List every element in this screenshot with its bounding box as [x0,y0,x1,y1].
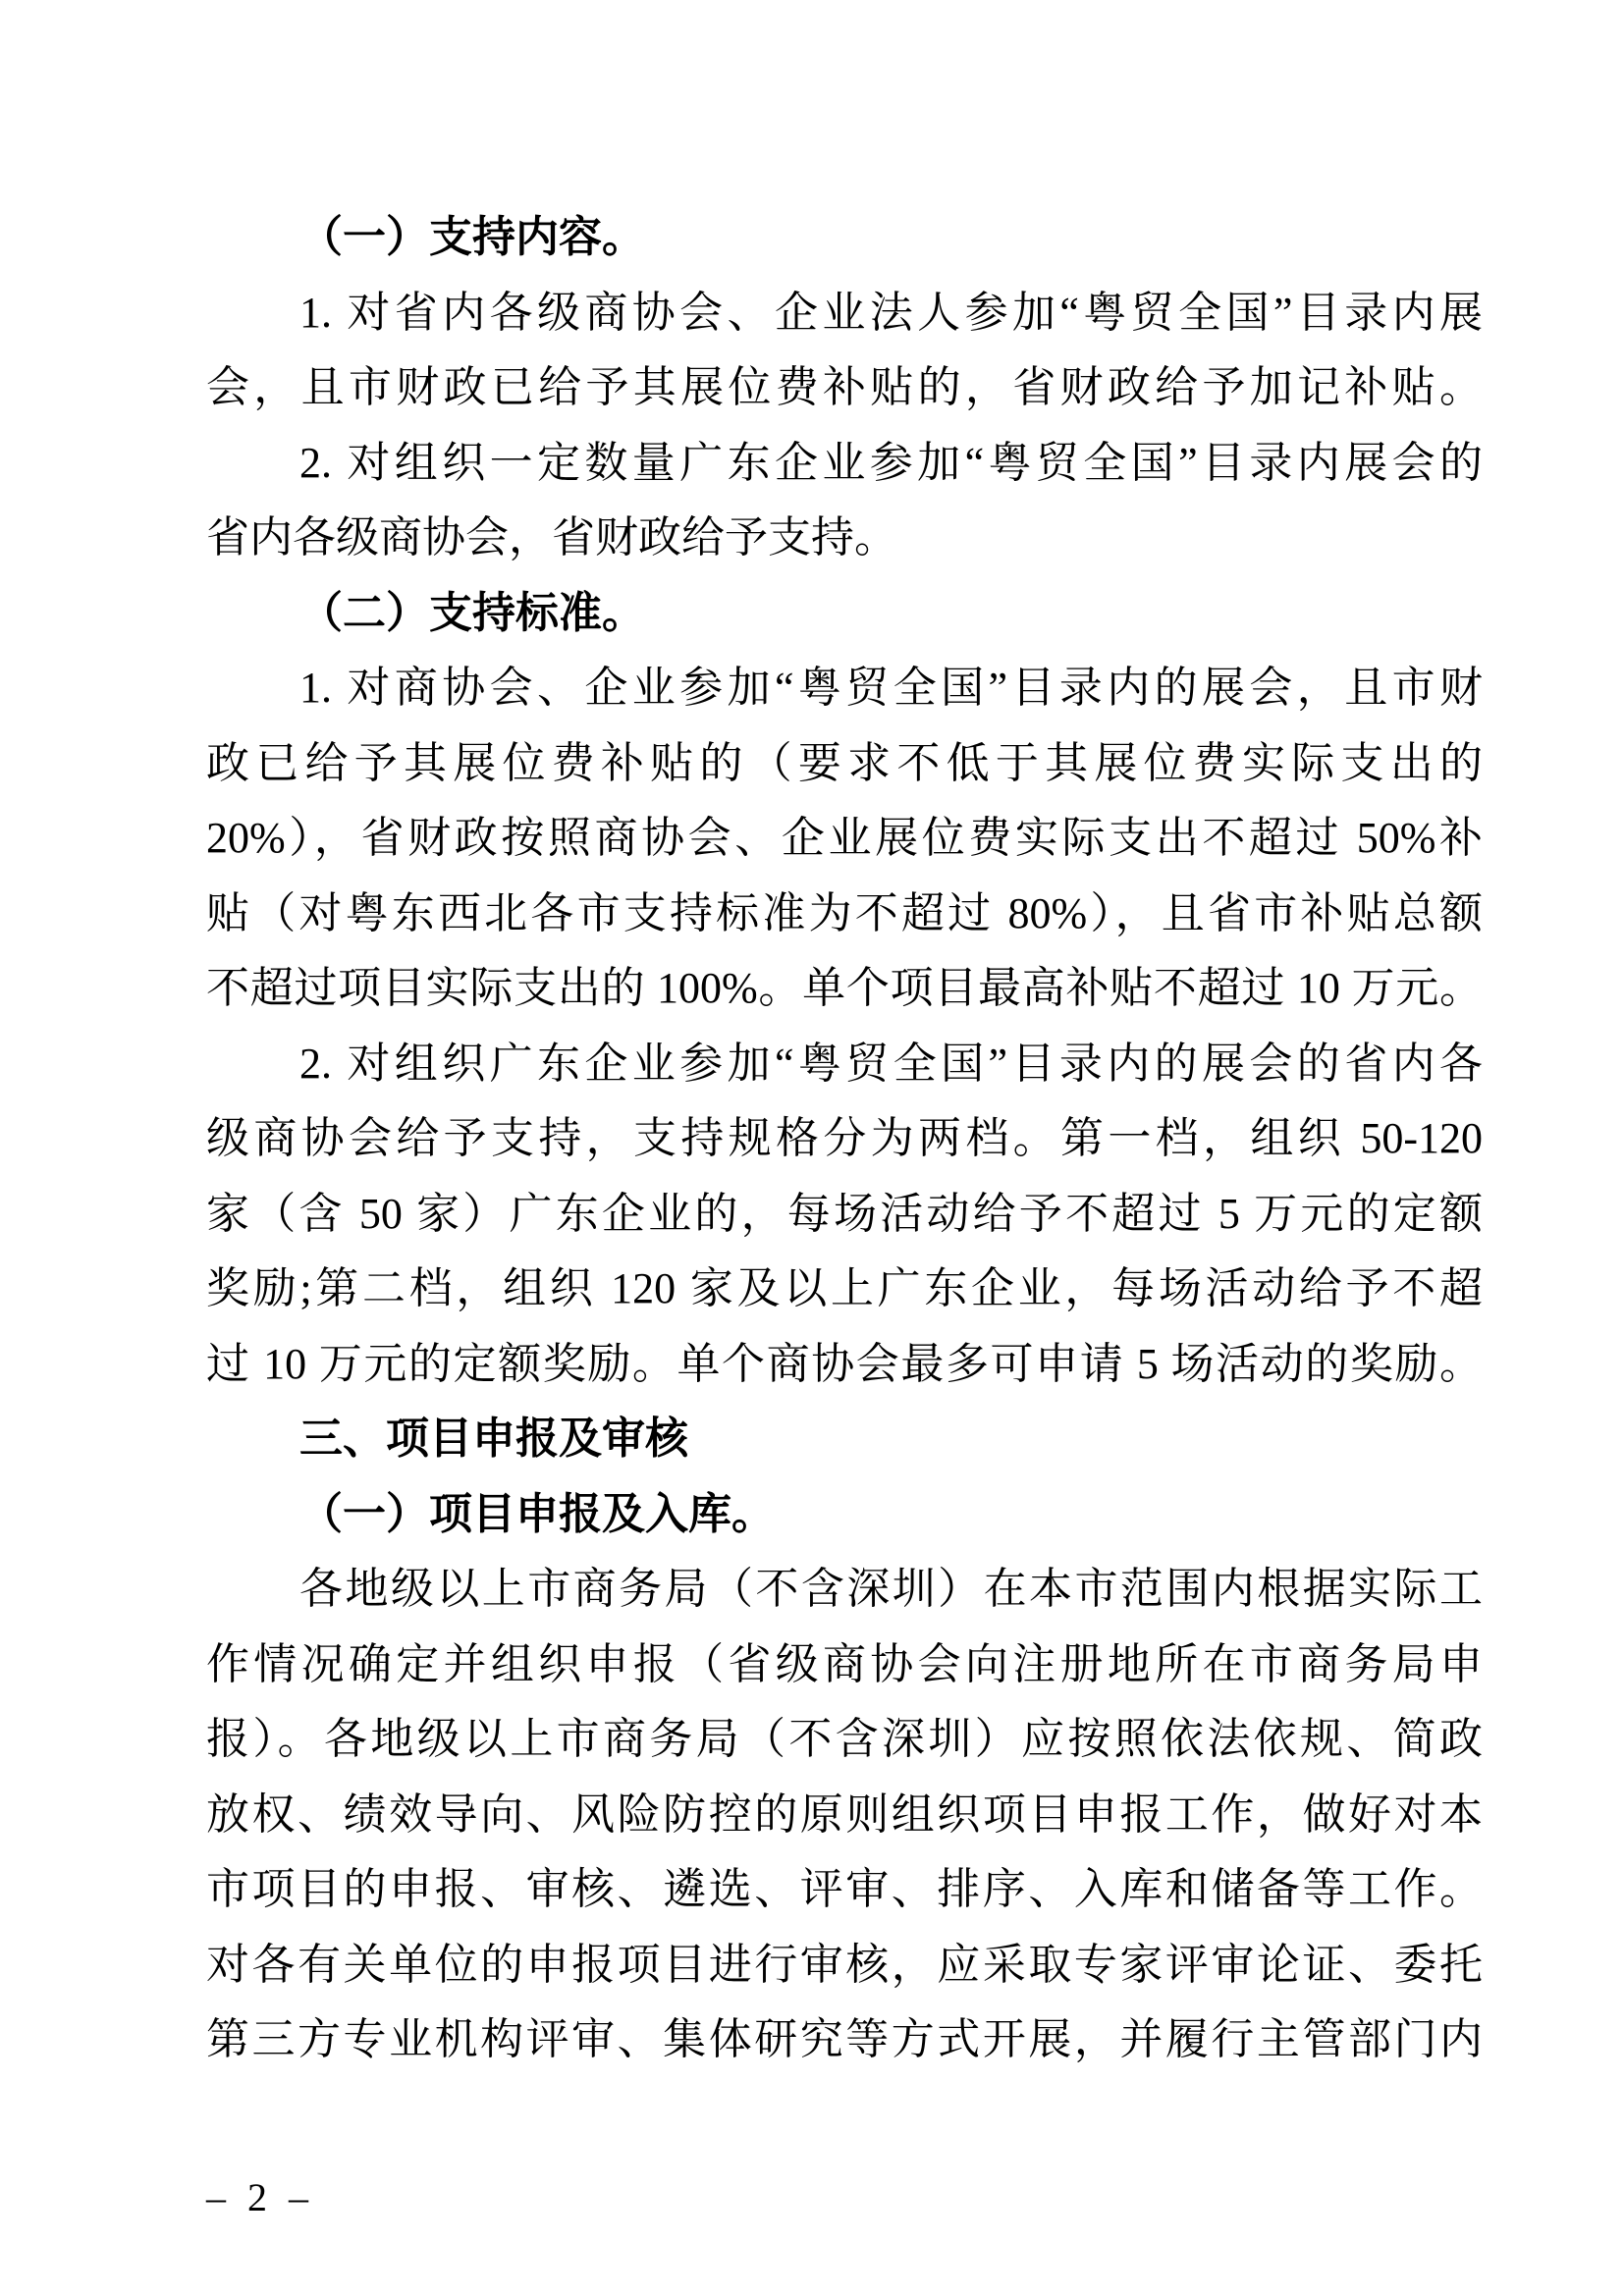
text-line: 过 10 万元的定额奖励。单个商协会最多可申请 5 场活动的奖励。 [206,1327,1483,1403]
text-line: 1. 对商协会、企业参加“粤贸全国”目录内的展会，且市财 [206,651,1483,726]
text-line: （一）支持内容。 [206,200,1483,276]
text-line: 2. 对组织广东企业参加“粤贸全国”目录内的展会的省内各 [206,1027,1483,1102]
text-line: （二）支持标准。 [206,576,1483,652]
text-line: 放权、绩效导向、风险防控的原则组织项目申报工作，做好对本 [206,1778,1483,1853]
page-number: – 2 – [206,2174,314,2220]
text-line: 贴（对粤东西北各市支持标准为不超过 80%），且省市补贴总额 [206,877,1483,952]
text-line: 省内各级商协会，省财政给予支持。 [206,501,1483,576]
text-line: 市项目的申报、审核、遴选、评审、排序、入库和储备等工作。 [206,1852,1483,1928]
text-line: 作情况确定并组织申报（省级商协会向注册地所在市商务局申 [206,1628,1483,1703]
text-line: 第三方专业机构评审、集体研究等方式开展，并履行主管部门内 [206,2002,1483,2078]
text-line: 不超过项目实际支出的 100%。单个项目最高补贴不超过 10 万元。 [206,951,1483,1027]
text-line: 政已给予其展位费补贴的（要求不低于其展位费实际支出的 [206,726,1483,802]
text-line: 对各有关单位的申报项目进行审核，应采取专家评审论证、委托 [206,1928,1483,2003]
text-line: 会，且市财政已给予其展位费补贴的，省财政给予加记补贴。 [206,350,1483,426]
text-line: 20%），省财政按照商协会、企业展位费实际支出不超过 50%补 [206,801,1483,877]
text-line: 报）。各地级以上市商务局（不含深圳）应按照依法依规、简政 [206,1702,1483,1778]
text-line: （一）项目申报及入库。 [206,1477,1483,1553]
text-line: 奖励;第二档，组织 120 家及以上广东企业，每场活动给予不超 [206,1252,1483,1327]
document-page: （一）支持内容。1. 对省内各级商协会、企业法人参加“粤贸全国”目录内展会，且市… [0,0,1624,2296]
text-line: 级商协会给予支持，支持规格分为两档。第一档，组织 50-120 [206,1101,1483,1177]
text-line: 2. 对组织一定数量广东企业参加“粤贸全国”目录内展会的 [206,426,1483,502]
text-line: 三、项目申报及审核 [206,1402,1483,1477]
text-line: 1. 对省内各级商协会、企业法人参加“粤贸全国”目录内展 [206,276,1483,351]
text-line: 各地级以上市商务局（不含深圳）在本市范围内根据实际工 [206,1552,1483,1628]
text-line: 家（含 50 家）广东企业的，每场活动给予不超过 5 万元的定额 [206,1177,1483,1253]
document-body: （一）支持内容。1. 对省内各级商协会、企业法人参加“粤贸全国”目录内展会，且市… [206,200,1483,2078]
